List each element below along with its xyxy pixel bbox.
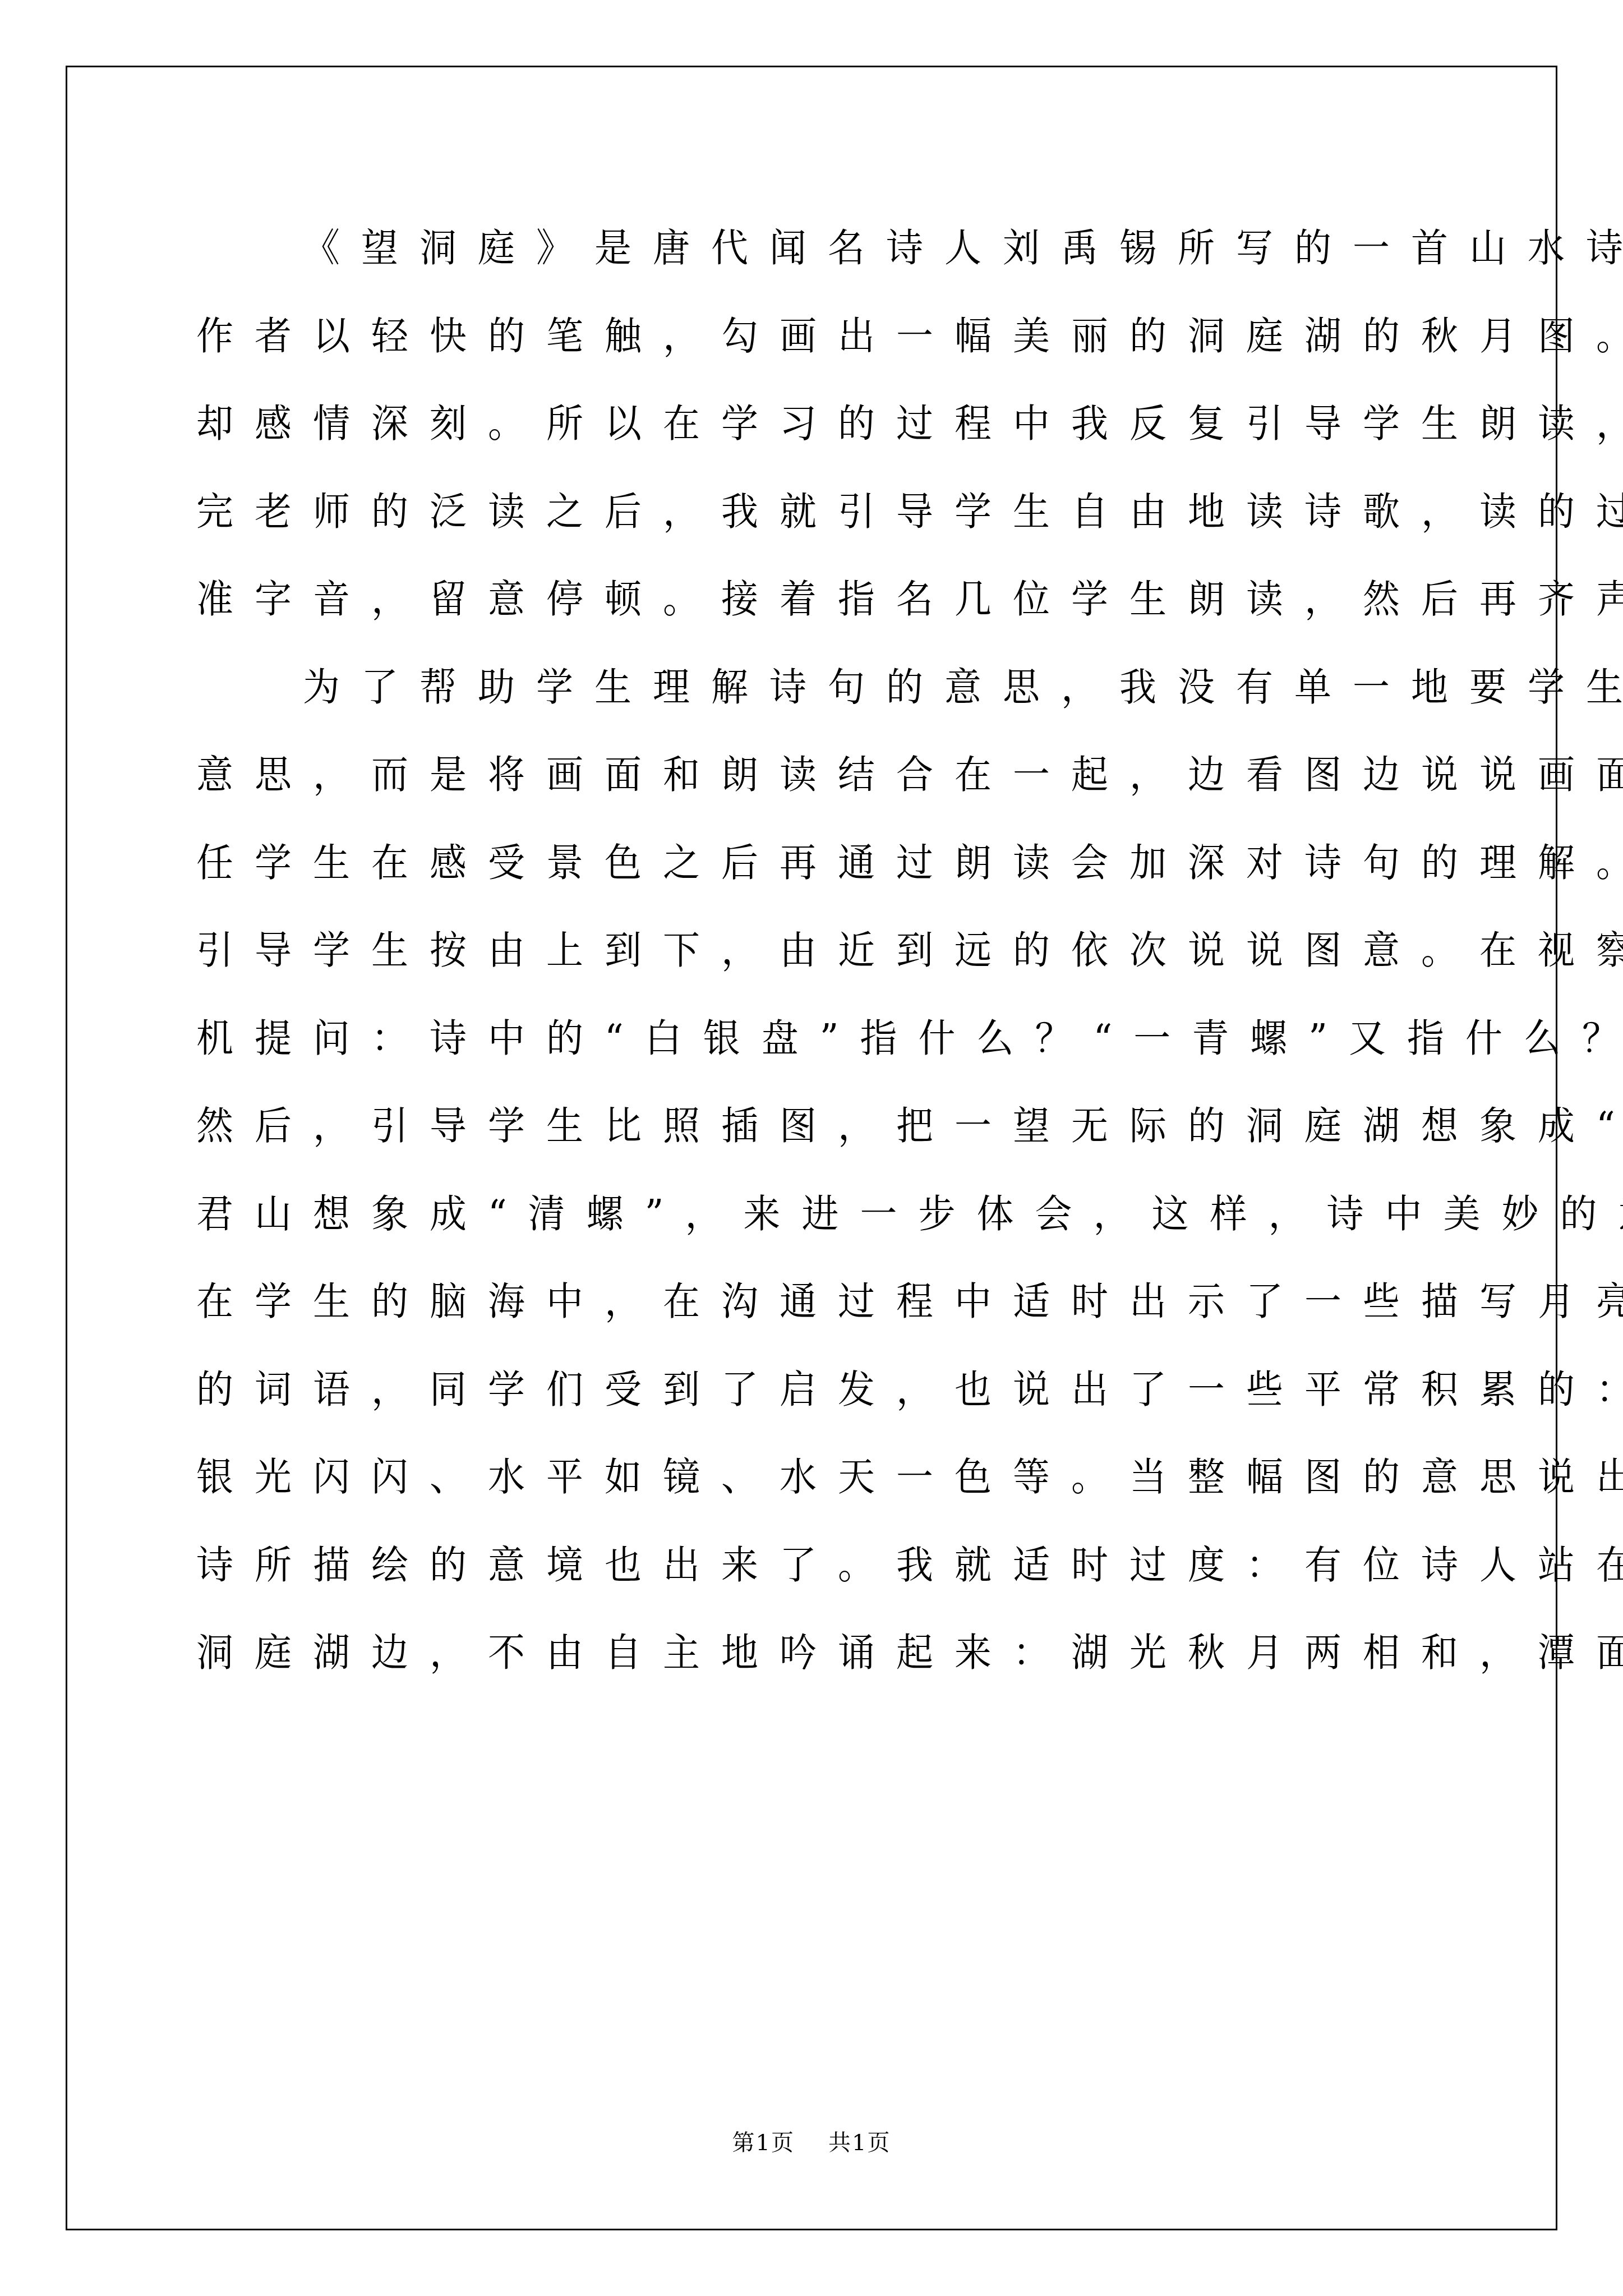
page-count: 共1页	[828, 2126, 891, 2160]
text-line: 任学生在感受景色之后再通过朗读会加深对诗句的理解。在视察中我	[196, 831, 1430, 923]
text-line: 却感情深刻。所以在学习的过程中我反复引导学生朗读，在让学生听	[196, 392, 1430, 484]
text-line: 银光闪闪、水平如镜、水天一色等。当整幅图的意思说出来后，其实	[196, 1445, 1430, 1537]
text-line: 完老师的泛读之后，我就引导学生自由地读诗歌，读的过程中要求读	[196, 480, 1430, 572]
text-line: 诗所描绘的意境也出来了。我就适时过度：有位诗人站在这仙镜般的	[196, 1533, 1430, 1625]
page-footer: 第1页共1页	[0, 2126, 1623, 2160]
paragraph-1: 《望洞庭》是唐代闻名诗人刘禹锡所写的一首山水诗，在诗中， 作者以轻快的笔触，勾画…	[196, 216, 1430, 655]
page-number: 第1页	[732, 2126, 795, 2160]
text-line: 引导学生按由上到下，由近到远的依次说说图意。在视察和说话中相	[196, 918, 1430, 1010]
text-line: 洞庭湖边，不由自主地吟诵起来：湖光秋月两相和，潭面无风镜未磨。	[196, 1621, 1430, 1713]
text-line: 君山想象成“清螺”，来进一步体会，这样，诗中美妙的意境就会呈现	[196, 1182, 1430, 1274]
text-line: 的词语，同学们受到了启发，也说出了一些平常积累的：皓月当空、	[196, 1358, 1430, 1450]
document-body: 《望洞庭》是唐代闻名诗人刘禹锡所写的一首山水诗，在诗中， 作者以轻快的笔触，勾画…	[196, 216, 1430, 1709]
text-line: 为了帮助学生理解诗句的意思，我没有单一地要学生理解诗句的	[196, 655, 1430, 747]
text-line: 《望洞庭》是唐代闻名诗人刘禹锡所写的一首山水诗，在诗中，	[196, 216, 1430, 308]
paragraph-2: 为了帮助学生理解诗句的意思，我没有单一地要学生理解诗句的 意思，而是将画面和朗读…	[196, 655, 1430, 1709]
text-line: 然后，引导学生比照插图，把一望无际的洞庭湖想象成“白银盘”，把	[196, 1094, 1430, 1186]
text-line: 意思，而是将画面和朗读结合在一起，边看图边说说画面的景色，信	[196, 743, 1430, 835]
text-line: 作者以轻快的笔触，勾画出一幅美丽的洞庭湖的秋月图。诗歌短小，	[196, 304, 1430, 396]
text-line: 准字音，留意停顿。接着指名几位学生朗读，然后再齐声朗读。	[196, 567, 1430, 659]
text-line: 机提问：诗中的“白银盘”指什么？“一青螺”又指什么？“镜”呢？	[196, 1006, 1430, 1098]
text-line: 在学生的脑海中，在沟通过程中适时出示了一些描写月亮和湖水湖面	[196, 1269, 1430, 1361]
